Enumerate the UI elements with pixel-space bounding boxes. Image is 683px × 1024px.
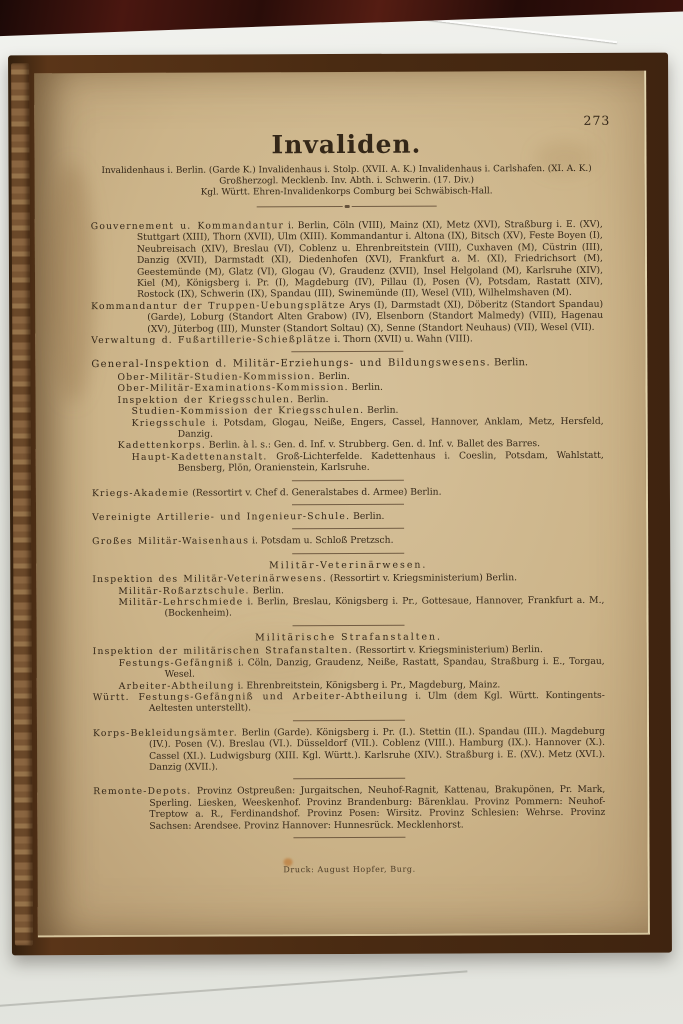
directory-entry: Verwaltung d. Fußartillerie-Schießplätze… <box>91 333 603 347</box>
entry-lead: Kommandantur der Truppen-Uebungsplätze <box>91 300 346 312</box>
entry-lead: Ober-Militär-Examinations-Kommission. <box>117 382 348 394</box>
header-line: Kgl. Württ. Ehren-Invalidenkorps Comburg… <box>91 186 603 199</box>
entry-lead: Korps-Bekleidungsämter. <box>93 727 238 739</box>
directory-entry: Korps-Bekleidungsämter. Berlin (Garde). … <box>93 726 605 774</box>
entry-lead: Remonte-Depots. <box>93 786 191 797</box>
entry-lead: Kadettenkorps. <box>118 440 206 451</box>
printer-imprint: Druck: August Hopfer, Burg. <box>94 863 606 877</box>
entry-lead: Ober-Militär-Studien-Kommission. <box>117 371 315 383</box>
entry-lead: Festungs-Gefängniß <box>119 657 234 669</box>
page-number: 273 <box>583 115 610 127</box>
directory-entry: Württ. Festungs-Gefängniß und Arbeiter-A… <box>93 690 605 715</box>
entry-lead: Militär-Roßarztschule. <box>118 585 249 597</box>
book-page: 273 Invaliden. Invalidenhaus i. Berlin. … <box>34 71 650 938</box>
directory-entry: Vereinigte Artillerie- und Ingenieur-Sch… <box>92 510 604 524</box>
section-divider <box>292 553 404 554</box>
section-divider <box>292 528 404 529</box>
page-title: Invaliden. <box>90 131 602 159</box>
section-heading: Militär-Veterinärwesen. <box>92 559 604 573</box>
entry-lead: Kriegs-Akademie <box>92 487 189 498</box>
directory-entry: General-Inspektion d. Militär-Erziehungs… <box>91 357 603 372</box>
directory-entry: Gouvernement u. Kommandantur i. Berlin, … <box>91 219 603 301</box>
entry-lead: Verwaltung d. Fußartillerie-Schießplätze <box>91 334 331 346</box>
book-cover: 273 Invaliden. Invalidenhaus i. Berlin. … <box>8 53 672 956</box>
entry-lead: Inspektion des Militär-Veterinärwesens. <box>92 573 327 585</box>
entry-lead: Haupt-Kadettenanstalt. <box>132 451 268 463</box>
directory-entry: Remonte-Depots. Provinz Ostpreußen: Jurg… <box>93 784 605 832</box>
photo-scene: 273 Invaliden. Invalidenhaus i. Berlin. … <box>0 0 683 1024</box>
header-divider <box>257 206 437 208</box>
section-divider <box>293 778 405 779</box>
divider-ornament-dot <box>344 205 349 208</box>
directory-entry: Kommandantur der Truppen-Uebungsplätze A… <box>91 299 603 335</box>
directory-entry: Großes Militär-Waisenhaus i. Potsdam u. … <box>92 534 604 548</box>
entry-lead: General-Inspektion d. Militär-Erziehungs… <box>91 358 490 371</box>
section-divider <box>291 351 403 352</box>
header-institutions: Invalidenhaus i. Berlin. (Garde K.) Inva… <box>91 164 603 199</box>
section-divider <box>293 837 405 838</box>
directory-entry: Kriegsschule i. Potsdam, Glogau, Neiße, … <box>92 415 604 440</box>
entry-lead: Studien-Kommission der Kriegsschulen. <box>132 405 365 417</box>
page-blocks: Gouvernement u. Kommandantur i. Berlin, … <box>91 219 606 877</box>
directory-entry: Haupt-Kadettenanstalt. Groß-Lichterfelde… <box>92 450 604 475</box>
entry-lead: Arbeiter-Abtheilung <box>119 680 235 692</box>
entry-lead: Württ. Festungs-Gefängniß und Arbeiter-A… <box>93 691 409 703</box>
section-divider <box>292 479 404 480</box>
directory-entry: Kriegs-Akademie (Ressortirt v. Chef d. G… <box>92 485 604 499</box>
entry-lead: Gouvernement u. Kommandantur <box>91 220 284 232</box>
section-divider <box>293 719 405 720</box>
entry-lead: Inspektion der Kriegsschulen. <box>118 394 295 406</box>
entry-lead: Militär-Lehrschmiede <box>118 596 243 608</box>
directory-entry: Militär-Lehrschmiede i. Berlin, Breslau,… <box>92 595 604 620</box>
section-divider <box>293 625 405 626</box>
entry-lead: Kriegsschule <box>132 417 207 428</box>
entry-lead: Großes Militär-Waisenhaus <box>92 536 249 548</box>
section-divider <box>292 504 404 505</box>
book-spine-binding <box>11 63 33 945</box>
directory-entry: Festungs-Gefängniß i. Cöln, Danzig, Grau… <box>93 656 605 681</box>
entry-lead: Inspektion der militärischen Strafanstal… <box>93 645 353 657</box>
section-heading: Militärische Strafanstalten. <box>93 631 605 645</box>
entry-lead: Vereinigte Artillerie- und Ingenieur-Sch… <box>92 511 350 523</box>
page-content: 273 Invaliden. Invalidenhaus i. Berlin. … <box>34 71 648 936</box>
